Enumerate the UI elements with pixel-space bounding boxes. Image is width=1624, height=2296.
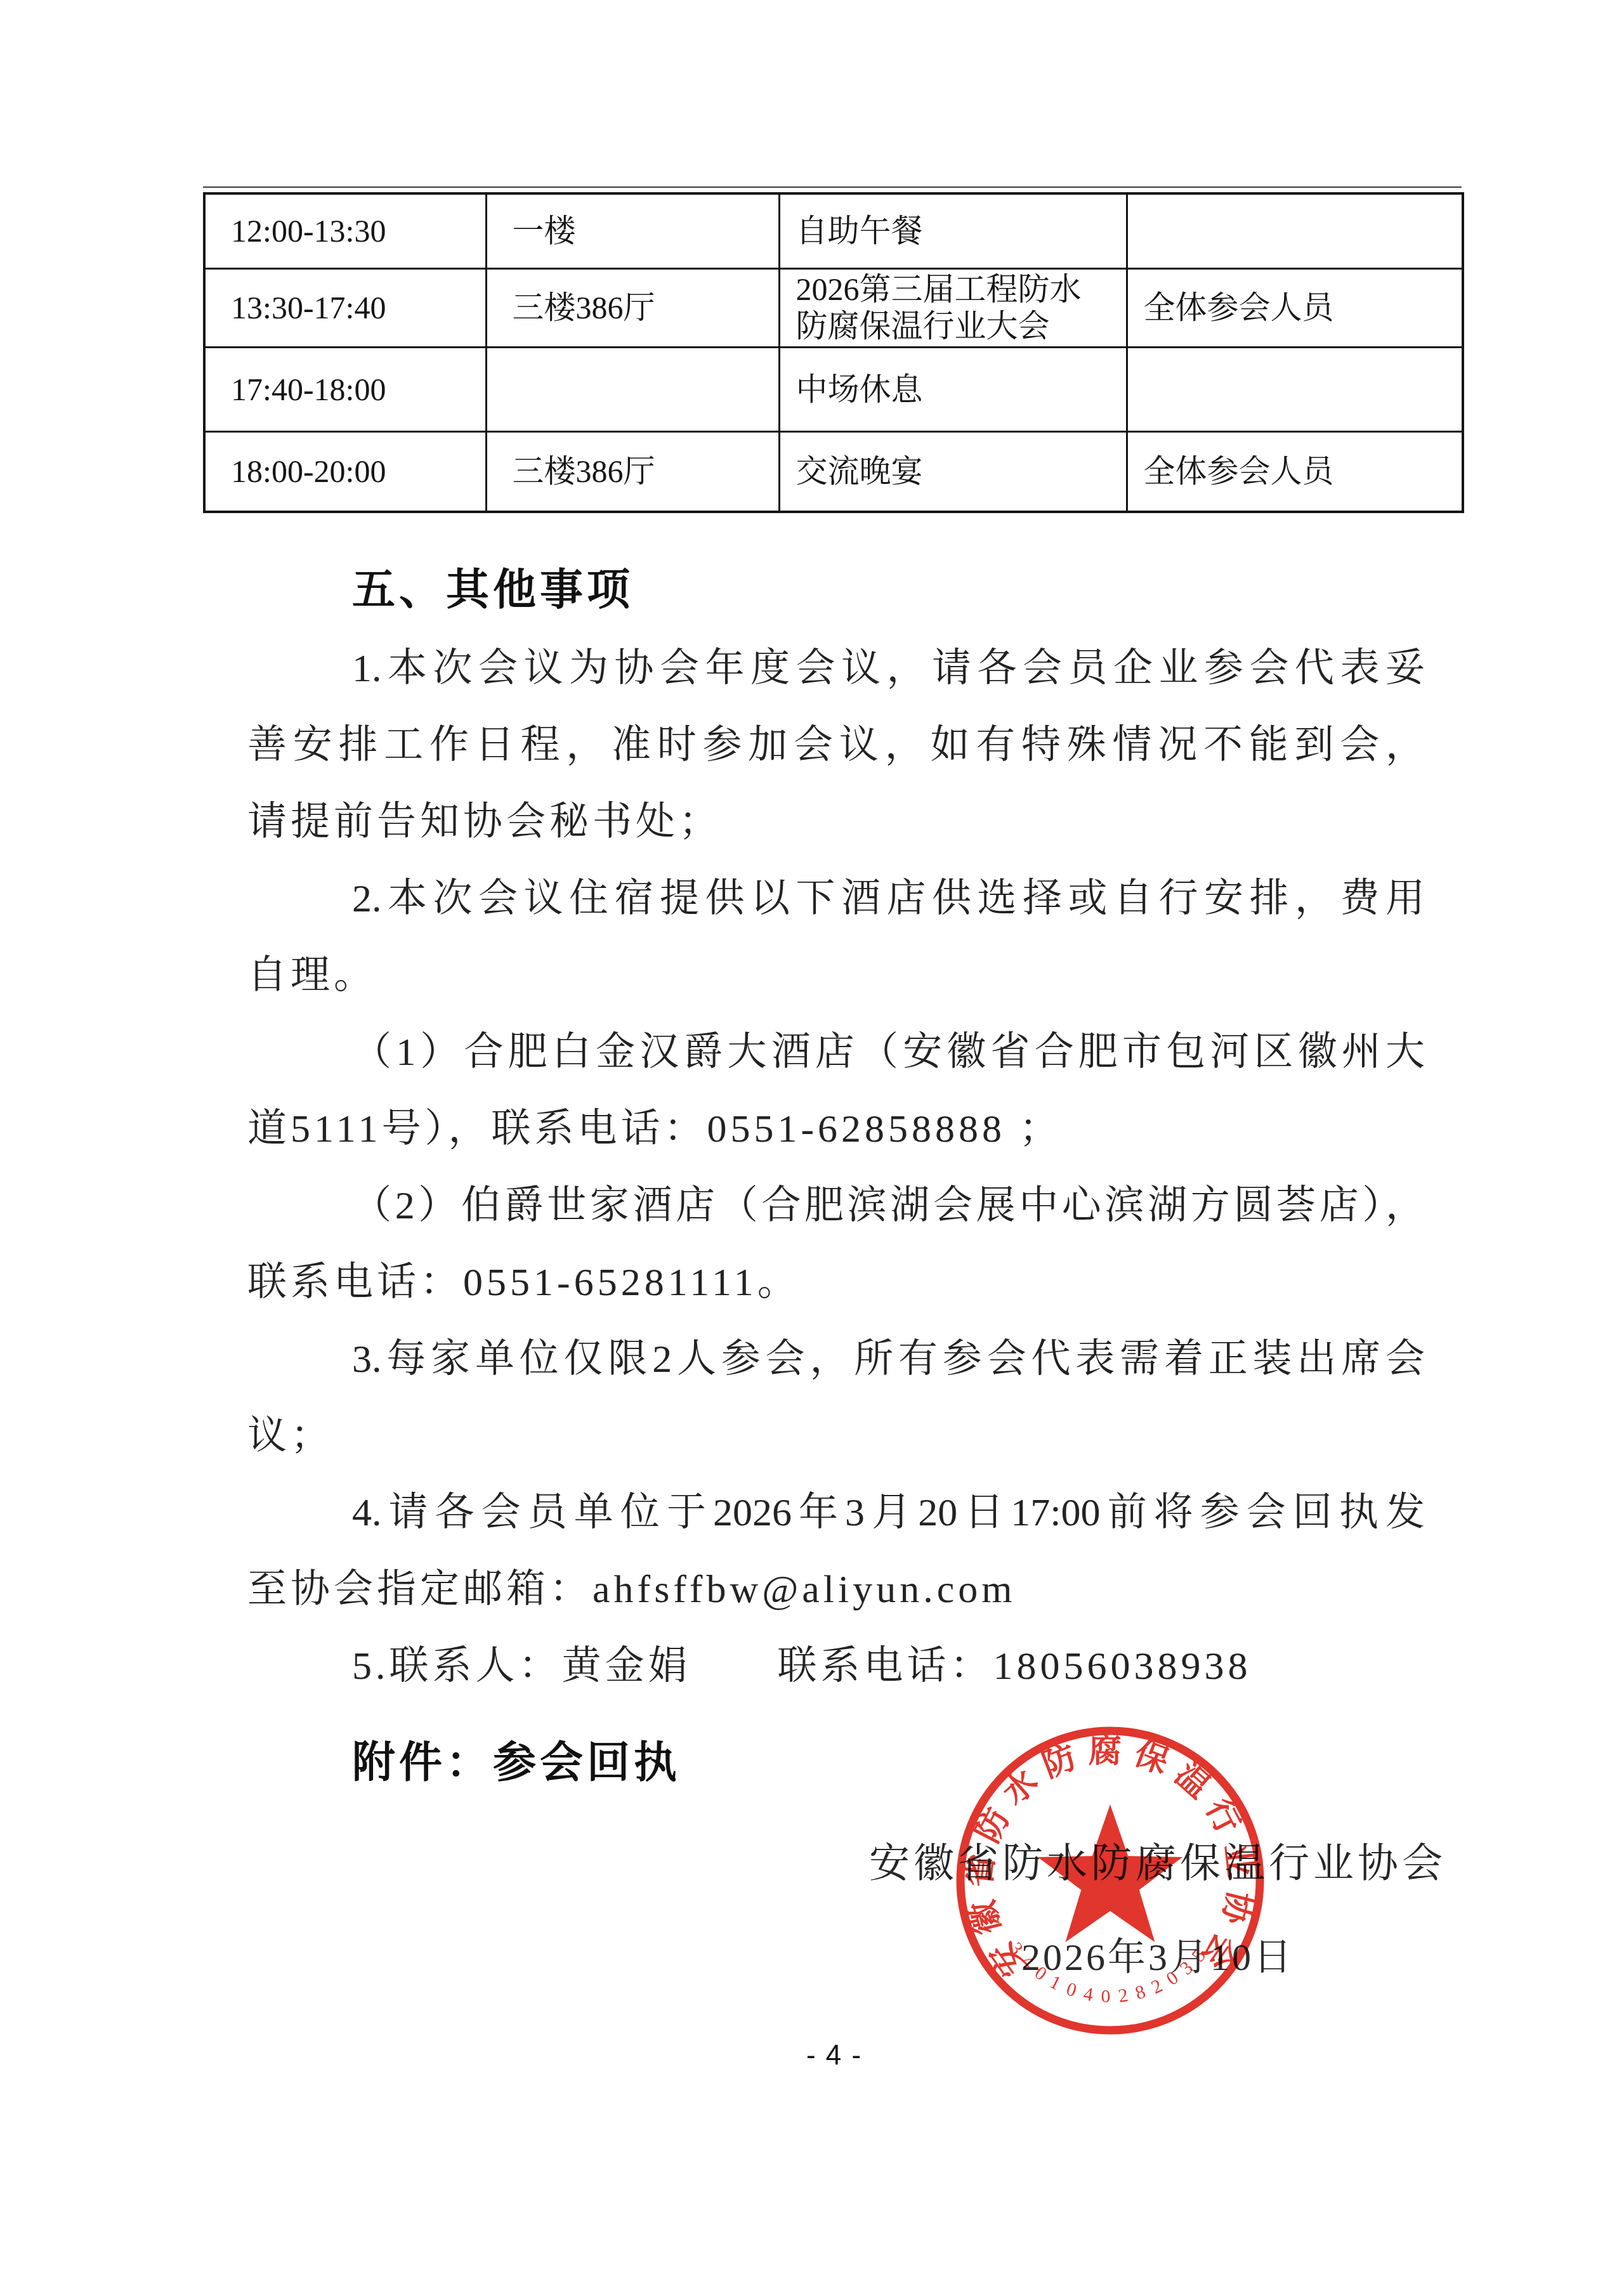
section-heading: 五、其他事项 <box>247 558 1425 622</box>
body-line: 议； <box>247 1398 1425 1475</box>
cell-activity: 中场休息 <box>779 347 1127 431</box>
body-line: 自理。 <box>247 937 1425 1014</box>
body-line: 道5111号），联系电话：0551-62858888 ； <box>247 1091 1425 1168</box>
body-text: 1.本次会议为协会年度会议，请各会员企业参会代表妥 善安排工作日程，准时参加会议… <box>247 630 1425 1705</box>
cell-location: 三楼386厅 <box>486 268 779 347</box>
body-line: （2）伯爵世家酒店（合肥滨湖会展中心滨湖方圆荟店）， <box>247 1168 1425 1244</box>
table-row: 18:00-20:00 三楼386厅 交流晚宴 全体参会人员 <box>204 431 1463 512</box>
body-line: 联系电话：0551-65281111。 <box>247 1244 1425 1321</box>
body-line: （1）合肥白金汉爵大酒店（安徽省合肥市包河区徽州大 <box>247 1014 1425 1091</box>
cell-time: 18:00-20:00 <box>204 431 486 512</box>
body-line: 2.本次会议住宿提供以下酒店供选择或自行安排，费用 <box>247 861 1425 937</box>
cell-activity: 自助午餐 <box>779 193 1127 268</box>
cell-time: 12:00-13:30 <box>204 193 486 268</box>
cell-location: 一楼 <box>486 193 779 268</box>
cell-time: 13:30-17:40 <box>204 268 486 347</box>
table-row: 17:40-18:00 中场休息 <box>204 347 1463 431</box>
cell-location <box>486 347 779 431</box>
cell-activity: 交流晚宴 <box>779 431 1127 512</box>
table-row: 13:30-17:40 三楼386厅 2026第三届工程防水 防腐保温行业大会 … <box>204 268 1463 347</box>
page-number: - 4 - <box>247 2040 1421 2071</box>
body-line: 至协会指定邮箱：ahfsffbw@aliyun.com <box>247 1551 1425 1628</box>
seal-code-text: 3401040282035 <box>1005 1938 1215 2007</box>
cell-participants <box>1127 193 1463 268</box>
cell-activity: 2026第三届工程防水 防腐保温行业大会 <box>779 268 1127 347</box>
body-line: 善安排工作日程，准时参加会议，如有特殊情况不能到会， <box>247 707 1425 784</box>
cell-participants: 全体参会人员 <box>1127 431 1463 512</box>
body-line: 3.每家单位仅限2人参会，所有参会代表需着正装出席会 <box>247 1321 1425 1398</box>
schedule-table: 12:00-13:30 一楼 自助午餐 13:30-17:40 三楼386厅 2… <box>203 192 1464 513</box>
cell-time: 17:40-18:00 <box>204 347 486 431</box>
body-line: 4.请各会员单位于2026年3月20日17:00前将参会回执发 <box>247 1475 1425 1551</box>
cell-participants: 全体参会人员 <box>1127 268 1463 347</box>
star-icon <box>1038 1804 1182 1942</box>
body-line: 请提前告知协会秘书处； <box>247 784 1425 861</box>
cell-participants <box>1127 347 1463 431</box>
table-row: 12:00-13:30 一楼 自助午餐 <box>204 193 1463 268</box>
cell-location: 三楼386厅 <box>486 431 779 512</box>
body-line: 5.联系人：黄金娟 联系电话：18056038938 <box>247 1628 1425 1705</box>
table-continuation-line <box>203 186 1462 188</box>
official-seal: 安徽省防水防腐保温行业协会 3401040282035 <box>933 1703 1288 2058</box>
body-line: 1.本次会议为协会年度会议，请各会员企业参会代表妥 <box>247 630 1425 707</box>
document-page: 12:00-13:30 一楼 自助午餐 13:30-17:40 三楼386厅 2… <box>0 0 1624 2296</box>
